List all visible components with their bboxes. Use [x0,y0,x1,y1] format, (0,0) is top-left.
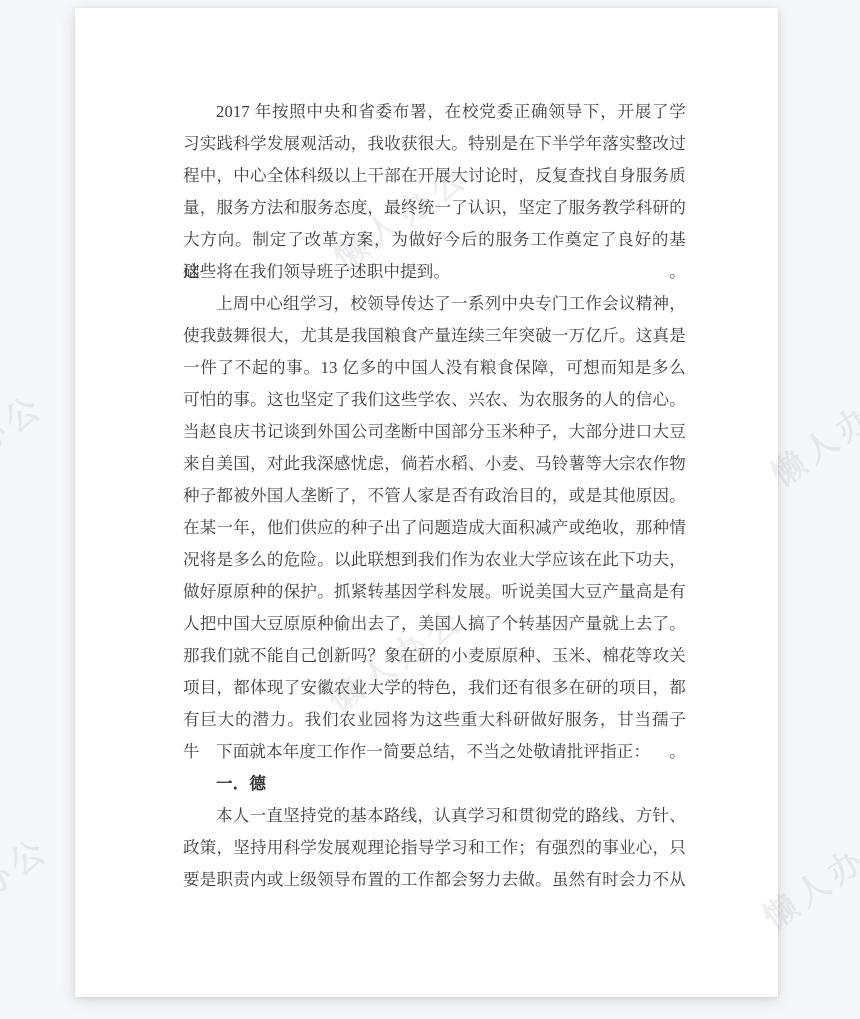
screenshot-stage: 2017 年按照中央和省委布署，在校党委正确领导下，开展了学习实践科学发展观活动… [0,0,860,1019]
paragraph: 本人一直坚持党的基本路线，认真学习和贯彻党的路线、方针、政策，坚持用科学发展观理… [183,800,686,896]
text-line: 项目，都体现了安徽农业大学的特色，我们还有很多在研的项目，都 [183,672,686,704]
text-line: 做好原原种的保护。抓紧转基因学科发展。听说美国大豆产量高是有 [183,576,686,608]
text-line: 使我鼓舞很大，尤其是我国粮食产量连续三年突破一万亿斤。这真是 [183,320,686,352]
text-line: 可怕的事。这也坚定了我们这些学农、兴农、为农服务的人的信心。 [183,384,686,416]
text-line: 在某一年，他们供应的种子出了问题造成大面积减产或绝收，那种情 [183,512,686,544]
text-line: 下面就本年度工作作一简要总结，不当之处敬请批评指正： [183,736,686,768]
text-line: 本人一直坚持党的基本路线，认真学习和贯彻党的路线、方针、 [183,800,686,832]
text-line: 人把中国大豆原原种偷出去了，美国人搞了个转基因产量就上去了。 [183,608,686,640]
text-line: 那我们就不能自己创新吗？象在研的小麦原原种、玉米、棉花等攻关 [183,640,686,672]
text-line: 当赵良庆书记谈到外国公司垄断中国部分玉米种子，大部分进口大豆 [183,416,686,448]
text-line: 一件了不起的事。13 亿多的中国人没有粮食保障，可想而知是多么 [183,352,686,384]
text-line: 况将是多么的危险。以此联想到我们作为农业大学应该在此下功夫， [183,544,686,576]
watermark-text: 懒人办公 [0,824,57,952]
text-line: 种子都被外国人垄断了，不管人家是否有政治目的，或是其他原因。 [183,480,686,512]
text-line: 一．德 [183,768,686,800]
text-line: 有巨大的潜力。我们农业园将为这些重大科研做好服务，甘当孺子牛。 [183,704,686,736]
text-line: 程中，中心全体科级以上干部在开展大讨论时，反复查找自身服务质 [183,160,686,192]
watermark-text: 懒人办公 [0,381,52,509]
document-page: 2017 年按照中央和省委布署，在校党委正确领导下，开展了学习实践科学发展观活动… [75,8,778,997]
section-heading: 一．德 [183,768,686,800]
paragraph: 上周中心组学习，校领导传达了一系列中央专门工作会议精神，使我鼓舞很大，尤其是我国… [183,288,686,736]
text-line: 上周中心组学习，校领导传达了一系列中央专门工作会议精神， [183,288,686,320]
text-line: 习实践科学发展观活动，我收获很大。特别是在下半学年落实整改过 [183,128,686,160]
text-line: 量，服务方法和服务态度，最终统一了认识，坚定了服务教学科研的 [183,192,686,224]
document-body: 2017 年按照中央和省委布署，在校党委正确领导下，开展了学习实践科学发展观活动… [183,96,686,896]
text-line: 来自美国，对此我深感忧虑，倘若水稻、小麦、马铃薯等大宗农作物 [183,448,686,480]
text-line: 要是职责内或上级领导布置的工作都会努力去做。虽然有时会力不从 [183,864,686,896]
text-line: 2017 年按照中央和省委布署，在校党委正确领导下，开展了学 [183,96,686,128]
paragraph: 下面就本年度工作作一简要总结，不当之处敬请批评指正： [183,736,686,768]
paragraph: 2017 年按照中央和省委布署，在校党委正确领导下，开展了学习实践科学发展观活动… [183,96,686,288]
text-line: 政策，坚持用科学发展观理论指导学习和工作；有强烈的事业心，只 [183,832,686,864]
text-line: 大方向。制定了改革方案，为做好今后的服务工作奠定了良好的基础。 [183,224,686,256]
